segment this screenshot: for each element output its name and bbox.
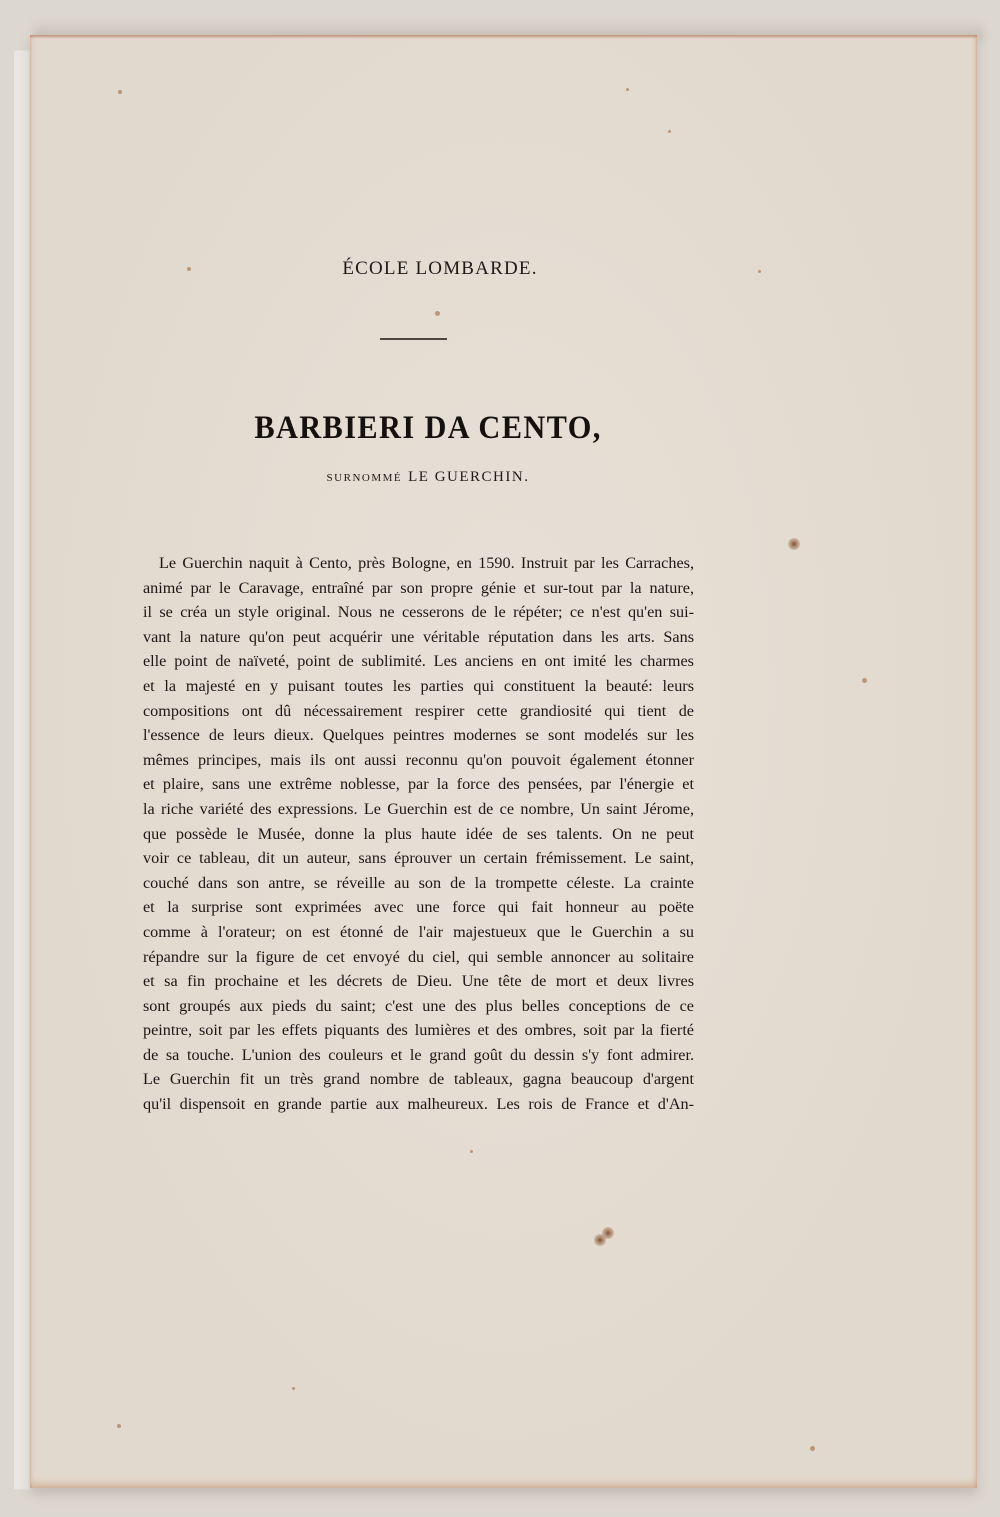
foxing-spot <box>118 90 122 94</box>
body-line: elle point de naïveté, point de sublimit… <box>143 649 694 674</box>
body-line: de sa touche. L'union des couleurs et le… <box>143 1043 694 1068</box>
subtitle-prefix: SURNOMMÉ <box>327 472 403 484</box>
body-line: répandre sur la figure de cet envoyé du … <box>143 945 694 970</box>
foxing-spot <box>668 130 671 133</box>
stain <box>788 538 800 550</box>
foxing-spot <box>470 1150 473 1153</box>
body-line: Le Guerchin fit un très grand nombre de … <box>143 1067 694 1092</box>
body-line: peintre, soit par les effets piquants de… <box>143 1018 694 1043</box>
subtitle-name: LE GUERCHIN. <box>408 469 529 485</box>
foxing-spot <box>117 1424 121 1428</box>
foxing-spot <box>292 1387 295 1390</box>
body-line: voir ce tableau, dit un auteur, sans épr… <box>143 846 694 871</box>
stain <box>602 1227 614 1239</box>
body-line: la riche variété des expressions. Le Gue… <box>143 797 694 822</box>
body-line: animé par le Caravage, entraîné par son … <box>143 576 694 601</box>
body-line: et sa fin prochaine et les décrets de Di… <box>143 969 694 994</box>
body-line: comme à l'orateur; on est étonné de l'ai… <box>143 920 694 945</box>
body-paragraph: Le Guerchin naquit à Cento, près Bologne… <box>143 551 694 1117</box>
foxing-spot <box>435 311 440 316</box>
page-title: BARBIERI DA CENTO, <box>0 410 888 447</box>
foxing-spot <box>626 88 629 91</box>
divider-rule <box>380 338 447 340</box>
body-line: Le Guerchin naquit à Cento, près Bologne… <box>143 551 694 576</box>
body-line: vant la nature qu'on peut acquérir une v… <box>143 625 694 650</box>
foxing-spot <box>862 678 867 683</box>
body-line: et la majesté en y puisant toutes les pa… <box>143 674 694 699</box>
body-line: couché dans son antre, se réveille au so… <box>143 871 694 896</box>
body-line: et la surprise sont exprimées avec une f… <box>143 895 694 920</box>
foxing-spot <box>810 1446 815 1451</box>
body-line: l'essence de leurs dieux. Quelques peint… <box>143 723 694 748</box>
body-line: qu'il dispensoit en grande partie aux ma… <box>143 1092 694 1117</box>
body-line: il se créa un style original. Nous ne ce… <box>143 600 694 625</box>
school-heading: ÉCOLE LOMBARDE. <box>0 258 940 280</box>
subtitle: SURNOMMÉLE GUERCHIN. <box>0 468 928 486</box>
body-line: compositions ont dû nécessairement respi… <box>143 699 694 724</box>
body-line: que possède le Musée, donne la plus haut… <box>143 822 694 847</box>
body-line: sont groupés aux pieds du saint; c'est u… <box>143 994 694 1019</box>
body-line: mêmes principes, mais ils ont aussi reco… <box>143 748 694 773</box>
body-line: et plaire, sans une extrême noblesse, pa… <box>143 772 694 797</box>
